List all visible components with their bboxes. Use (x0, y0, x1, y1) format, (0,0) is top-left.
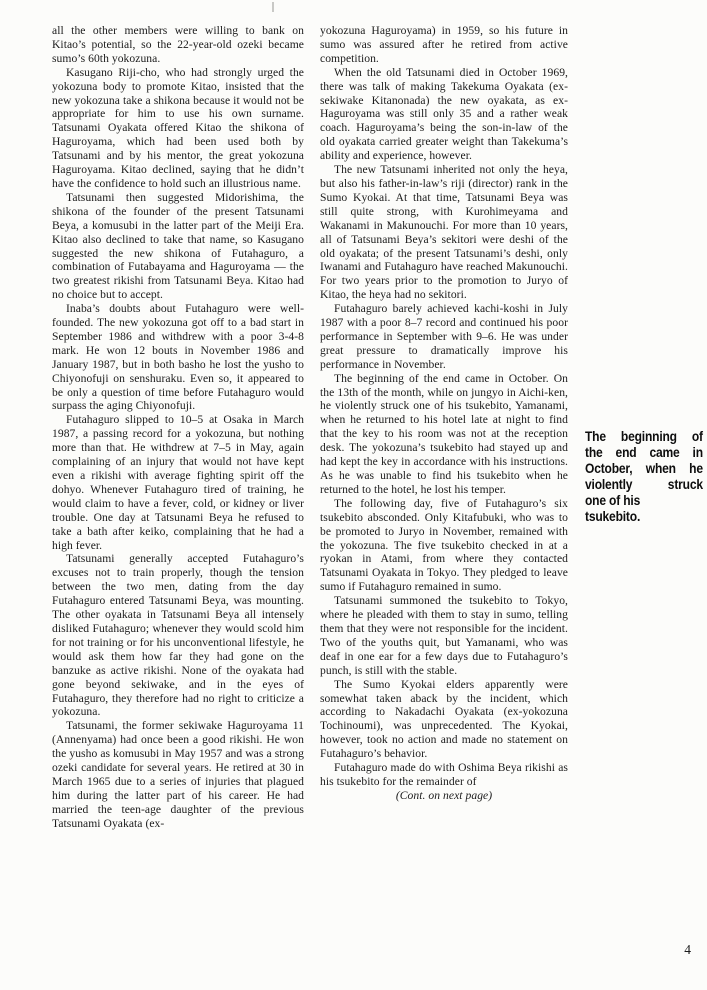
pull-quote-line: violently struck (585, 477, 703, 493)
paragraph: Futahaguro barely achieved kachi-koshi i… (320, 302, 568, 372)
paragraph: The new Tatsunami inherited not only the… (320, 163, 568, 302)
continuation-note: (Cont. on next page) (320, 789, 568, 803)
pull-quote-line: tsukebito. (585, 509, 703, 525)
paragraph: Tatsunami then suggested Midorishima, th… (52, 191, 304, 302)
left-column: all the other members were willing to ba… (52, 24, 304, 831)
paragraph: yokozuna Haguroyama) in 1959, so his fut… (320, 24, 568, 66)
pull-quote-line: October, when he (585, 461, 703, 477)
paragraph: The beginning of the end came in October… (320, 372, 568, 497)
paragraph: Futahaguro made do with Oshima Beya riki… (320, 761, 568, 789)
pull-quote-line: The beginning of (585, 429, 703, 445)
right-column: yokozuna Haguroyama) in 1959, so his fut… (320, 24, 568, 803)
paragraph: The following day, five of Futahaguro’s … (320, 497, 568, 594)
page-number: 4 (684, 942, 691, 958)
pull-quote: The beginning of the end came in October… (585, 429, 703, 525)
paragraph: Kasugano Riji-cho, who had strongly urge… (52, 66, 304, 191)
paragraph: Tatsunami, the former sekiwake Haguroyam… (52, 719, 304, 830)
paragraph: Inaba’s doubts about Futahaguro were wel… (52, 302, 304, 413)
scan-artifact-mark (272, 2, 274, 12)
pull-quote-line: the end came in (585, 445, 703, 461)
paragraph: Tatsunami summoned the tsukebito to Toky… (320, 594, 568, 677)
paragraph: Futahaguro slipped to 10–5 at Osaka in M… (52, 413, 304, 552)
paragraph: all the other members were willing to ba… (52, 24, 304, 66)
magazine-page: all the other members were willing to ba… (0, 0, 707, 990)
paragraph: When the old Tatsunami died in October 1… (320, 66, 568, 163)
pull-quote-line: one of his (585, 493, 703, 509)
paragraph: The Sumo Kyokai elders apparently were s… (320, 678, 568, 761)
paragraph: Tatsunami generally accepted Futahaguro’… (52, 552, 304, 719)
